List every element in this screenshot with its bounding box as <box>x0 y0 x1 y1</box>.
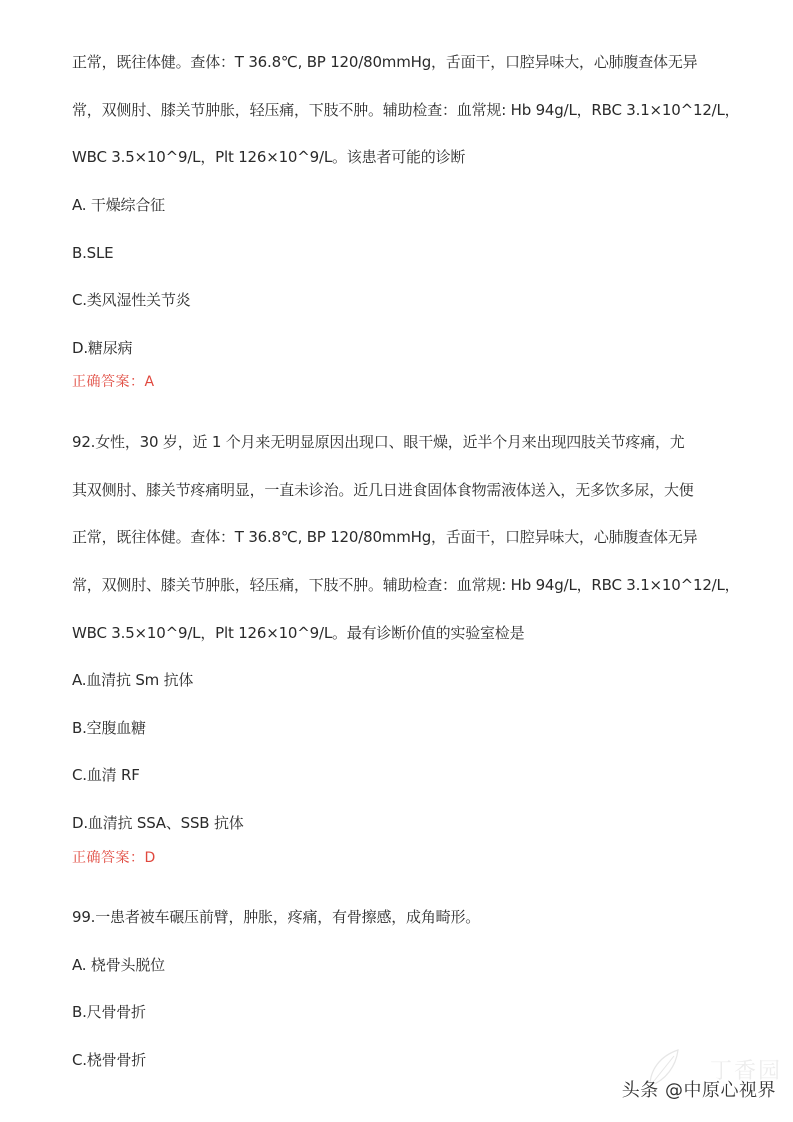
question-stem-line: 正常，既往体健。查体：T 36.8℃, BP 120/80mmHg，舌面干，口腔… <box>72 527 697 547</box>
question-stem-line: 常，双侧肘、膝关节肿胀，轻压痛，下肢不肿。辅助检查：血常规: Hb 94g/L，… <box>72 100 739 120</box>
option-c: C.桡骨骨折 <box>72 1050 146 1070</box>
document-page: 正常，既往体健。查体：T 36.8℃, BP 120/80mmHg，舌面干，口腔… <box>0 0 793 1122</box>
option-b: B.SLE <box>72 243 113 263</box>
option-a: A.血清抗 Sm 抗体 <box>72 670 193 690</box>
question-stem-line: 99.一患者被车碾压前臂，肿胀，疼痛，有骨擦感，成角畸形。 <box>72 907 480 927</box>
correct-answer: 正确答案：A <box>72 372 155 392</box>
option-a: A. 桡骨头脱位 <box>72 955 165 975</box>
watermark: 丁香园 头条 @中原心视界 <box>610 1052 790 1112</box>
watermark-attribution: 头条 @中原心视界 <box>622 1076 776 1102</box>
correct-answer: 正确答案：D <box>72 848 156 868</box>
question-stem-line: WBC 3.5×10^9/L，Plt 126×10^9/L。该患者可能的诊断 <box>72 147 465 167</box>
question-stem-line: 92.女性，30 岁，近 1 个月来无明显原因出现口、眼干燥，近半个月来出现四肢… <box>72 432 685 452</box>
option-b: B.空腹血糖 <box>72 718 146 738</box>
option-d: D.血清抗 SSA、SSB 抗体 <box>72 813 244 833</box>
question-stem-line: 其双侧肘、膝关节疼痛明显，一直未诊治。近几日进食固体食物需液体送入，无多饮多尿，… <box>72 480 694 500</box>
question-stem-line: 常，双侧肘、膝关节肿胀，轻压痛，下肢不肿。辅助检查：血常规: Hb 94g/L，… <box>72 575 739 595</box>
option-a: A. 干燥综合征 <box>72 195 165 215</box>
question-stem-line: 正常，既往体健。查体：T 36.8℃, BP 120/80mmHg，舌面干，口腔… <box>72 52 697 72</box>
option-c: C.类风湿性关节炎 <box>72 290 190 310</box>
option-d: D.糖尿病 <box>72 338 132 358</box>
option-c: C.血清 RF <box>72 765 140 785</box>
question-stem-line: WBC 3.5×10^9/L，Plt 126×10^9/L。最有诊断价值的实验室… <box>72 623 524 643</box>
option-b: B.尺骨骨折 <box>72 1002 146 1022</box>
